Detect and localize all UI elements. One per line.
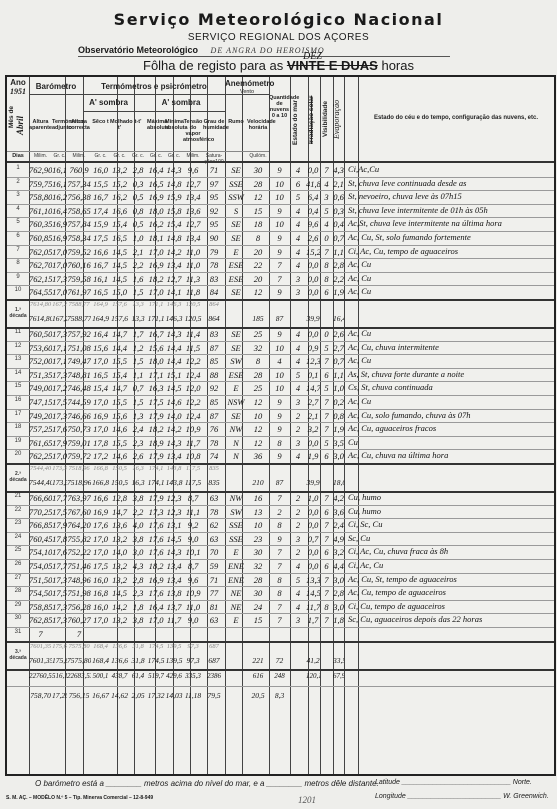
data-cell-tens: 11,8 xyxy=(183,287,203,297)
data-cell-tadj: 17,1 xyxy=(52,356,67,366)
data-cell-vel: 8 xyxy=(247,233,269,243)
data-cell-corr: 758,34 xyxy=(67,233,91,243)
data-cell-vel: 12 xyxy=(247,287,269,297)
data-cell-rumo: SE xyxy=(225,233,247,243)
row-rule xyxy=(7,532,554,533)
data-cell-tadj: 17,9 xyxy=(52,520,67,530)
data-cell-nuv: 10 xyxy=(269,370,290,380)
data-cell-tadj: 17,3 xyxy=(52,329,67,339)
barometer-altitude-note: O barómetro está a ________ metros acima… xyxy=(35,779,379,788)
decade-draft-molh: 150,5 xyxy=(110,465,129,472)
data-cell-molh: 14,5 xyxy=(110,260,129,270)
data-cell-min: 13,7 xyxy=(165,602,183,612)
data-cell-tens: 12,2 xyxy=(183,356,203,366)
data-cell-nuv: 9 xyxy=(269,534,290,544)
data-cell-hum: 83 xyxy=(203,274,225,284)
decade-sum-hum: 864 xyxy=(203,314,225,323)
data-cell-dif: 1,7 xyxy=(129,329,147,339)
data-cell-evap: 1,1 xyxy=(333,247,344,257)
data-cell-vel: 36 xyxy=(247,451,269,461)
data-cell-vel: 10 xyxy=(247,520,269,530)
data-cell-irr: 0,0 xyxy=(306,561,320,571)
data-cell-molh: 15,5 xyxy=(110,397,129,407)
form-model-note: S. M. AÇ. – MODÊLO N.º 5 – Tip. Minerva … xyxy=(6,795,153,801)
data-cell-seco: 17,5 xyxy=(91,561,110,571)
data-cell-corr: 759,72 xyxy=(67,451,91,461)
shade-heading-1: A' sombra xyxy=(83,98,134,107)
decade-sum-corr: 7575,80 xyxy=(67,656,91,665)
data-cell-alt: 761,10 xyxy=(29,206,52,216)
data-cell-tens: 10,1 xyxy=(183,547,203,557)
decade-sum-molh: 150,5 xyxy=(110,478,129,487)
data-cell-vis: 8 xyxy=(320,274,333,284)
data-cell-tadj: 17,3 xyxy=(52,274,67,284)
decade-sum-evap: 33,5 xyxy=(333,656,344,665)
data-cell-tadj: 17,8 xyxy=(52,534,67,544)
wind-heading: Vento xyxy=(225,89,269,95)
monthly-total-molh: 438,7 xyxy=(110,672,129,680)
data-cell-corr: 760,16 xyxy=(67,260,91,270)
decade-sum-min: 143,8 xyxy=(165,478,183,487)
day-number: 21 xyxy=(7,493,29,499)
data-cell-tadj: 17,0 xyxy=(52,260,67,270)
decade-draft-corr: 7575,80 xyxy=(67,643,91,650)
row-rule xyxy=(7,354,554,355)
row-rule xyxy=(7,422,554,423)
day-number: 2 xyxy=(7,179,29,185)
data-cell-corr: 756,38 xyxy=(67,192,91,202)
data-cell-hum: 97 xyxy=(203,179,225,189)
data-cell-hum: 81 xyxy=(203,602,225,612)
data-cell-min: 14,5 xyxy=(165,534,183,544)
data-cell-min: 15,8 xyxy=(165,206,183,216)
unit-label: Gr. c. xyxy=(129,153,147,159)
data-cell-vis: 7 xyxy=(320,493,333,503)
decade-sum-seco: 164,9 xyxy=(91,314,110,323)
data-cell-tadj: 17,3 xyxy=(52,411,67,421)
data-cell-min: 12,3 xyxy=(165,507,183,517)
day-number: 9 xyxy=(7,274,29,280)
decade-draft-hum: 687 xyxy=(203,643,225,650)
data-cell-hum: 70 xyxy=(203,547,225,557)
data-cell-dif: 1,3 xyxy=(129,411,147,421)
data-cell-evap: 0,7 xyxy=(333,356,344,366)
wet-bulb-header: Molhado t' xyxy=(110,119,129,131)
decade-sum-nuv: 87 xyxy=(269,314,290,323)
data-cell-nuv: 7 xyxy=(269,547,290,557)
data-cell-alt: 754,50 xyxy=(29,588,52,598)
data-cell-alt: 758,85 xyxy=(29,602,52,612)
data-cell-vis: 0 xyxy=(320,233,333,243)
data-cell-tadj: 17,1 xyxy=(52,343,67,353)
day-number: 23 xyxy=(7,520,29,526)
data-cell-irr: 0,0 xyxy=(306,260,320,270)
data-cell-seco: 16,1 xyxy=(91,274,110,284)
monthly-mean-nuv: 8,3 xyxy=(269,691,290,700)
data-cell-dif: 2,8 xyxy=(129,165,147,175)
data-cell-molh: 13,6 xyxy=(110,520,129,530)
data-cell-alt: 766,60 xyxy=(29,493,52,503)
decade-draft-tadj: 175,6 xyxy=(52,643,67,650)
decade-draft-alt: 7614,80 xyxy=(29,301,52,308)
data-cell-nuv: 10 xyxy=(269,179,290,189)
data-cell-tadj: 17,3 xyxy=(52,602,67,612)
data-cell-hum: 63 xyxy=(203,615,225,625)
decade-sum-vel: 210 xyxy=(247,478,269,487)
data-cell-evap: 2,8 xyxy=(333,588,344,598)
data-cell-nuv: 10 xyxy=(269,219,290,229)
unit-label: Milim. xyxy=(183,153,203,159)
data-cell-tens: 8,7 xyxy=(183,561,203,571)
monthly-total-evap: 67,9 xyxy=(333,672,344,680)
sky-remark: St, nevoeiro, chuva leve às 07h15 xyxy=(348,191,462,201)
day-number: 8 xyxy=(7,260,29,266)
data-cell-alt: 759,75 xyxy=(29,179,52,189)
data-cell-max: 18,1 xyxy=(147,233,165,243)
data-cell-nuv: 9 xyxy=(269,451,290,461)
anemometer-heading: Anemómetro xyxy=(225,79,269,88)
decade-sum-seco: 166,8 xyxy=(91,478,110,487)
row-rule xyxy=(7,285,554,286)
sky-remark: Ac, Cu xyxy=(348,286,371,296)
decade-sum-irr: 39,9 xyxy=(306,314,320,323)
decade-draft-seco: 168,4 xyxy=(91,643,110,650)
decade-draft-min: 146,3 xyxy=(165,301,183,308)
data-cell-tadj: 17,5 xyxy=(52,507,67,517)
data-cell-molh: 14,4 xyxy=(110,343,129,353)
data-cell-tadj: 16,1 xyxy=(52,179,67,189)
data-cell-seco: 17,0 xyxy=(91,534,110,544)
data-cell-rumo: SSE xyxy=(225,179,247,189)
data-cell-irr: 0,0 xyxy=(306,287,320,297)
data-cell-vis: 7 xyxy=(320,247,333,257)
data-cell-corr: 755,82 xyxy=(67,534,91,544)
observation-table: Ano1951Mês deAbrilDiasBarómetroTermómetr… xyxy=(5,75,556,776)
decade-sum-tens: 120,5 xyxy=(183,314,203,323)
sky-remark: Ci, Ac, Cu xyxy=(348,560,383,570)
data-cell-alt: 764,55 xyxy=(29,287,52,297)
decade-label: 1.ª década xyxy=(7,307,29,319)
row-rule xyxy=(7,545,554,546)
decade-rule xyxy=(7,669,554,671)
data-cell-seco: 16,9 xyxy=(91,507,110,517)
data-cell-rumo: NE xyxy=(225,588,247,598)
decade-sum-evap: 16,4 xyxy=(333,314,344,323)
data-cell-tadj: 17,7 xyxy=(52,493,67,503)
data-cell-min: 15,9 xyxy=(165,192,183,202)
day-number: 20 xyxy=(7,451,29,457)
data-cell-dif: 2,1 xyxy=(129,247,147,257)
data-cell-irr: 0,1 xyxy=(306,370,320,380)
data-cell-nuv: 9 xyxy=(269,329,290,339)
data-cell-min: 14,6 xyxy=(165,397,183,407)
data-cell-hum: 92 xyxy=(203,206,225,216)
data-cell-molh: 14,6 xyxy=(110,424,129,434)
day-number: 16 xyxy=(7,397,29,403)
monthly-total-alt: 22760,55 xyxy=(29,672,52,680)
data-cell-max: 15,6 xyxy=(147,343,165,353)
data-cell-rumo: N xyxy=(225,438,247,448)
monthly-mean-tens: 11,18 xyxy=(183,691,203,700)
decade-draft-corr: 7588,77 xyxy=(67,301,91,308)
monthly-total-dif: 61,4 xyxy=(129,672,147,680)
data-cell-vis: 4 xyxy=(320,219,333,229)
data-cell-corr: 759,58 xyxy=(67,274,91,284)
data-cell-tens: 11,0 xyxy=(183,247,203,257)
data-cell-hum: 76 xyxy=(203,424,225,434)
data-cell-molh: 14,2 xyxy=(110,602,129,612)
data-cell-mar: 4 xyxy=(290,561,306,571)
data-cell-vis: 7 xyxy=(320,165,333,175)
data-cell-mar: 3 xyxy=(290,534,306,544)
corrected-height-header: Altura correcta xyxy=(67,119,91,131)
data-cell-corr: 767,60 xyxy=(67,507,91,517)
day-number: 25 xyxy=(7,547,29,553)
data-cell-molh: 15,0 xyxy=(110,287,129,297)
data-cell-nuv: 8 xyxy=(269,588,290,598)
day-number: 26 xyxy=(7,561,29,567)
data-cell-hum: 95 xyxy=(203,219,225,229)
decade-draft-max: 174,1 xyxy=(147,465,165,472)
sky-remark: Ac, Cu xyxy=(348,355,371,365)
data-cell-vis: 6 xyxy=(320,547,333,557)
wind-direction-header: Rumo xyxy=(225,119,247,125)
data-cell-vel: 32 xyxy=(247,343,269,353)
data-cell-vel: 15 xyxy=(247,206,269,216)
data-cell-mar: 3 xyxy=(290,438,306,448)
data-cell-min: 11,7 xyxy=(165,615,183,625)
data-cell-molh: 16,6 xyxy=(110,206,129,216)
data-cell-rumo: N xyxy=(225,451,247,461)
data-cell-molh: 15,4 xyxy=(110,370,129,380)
year-label: Ano xyxy=(7,78,29,87)
data-cell-tens: 11,7 xyxy=(183,438,203,448)
data-cell-vel: 10 xyxy=(247,411,269,421)
data-cell-mar: 2 xyxy=(290,424,306,434)
unit-label: Satura-ção=100 xyxy=(203,153,225,165)
data-cell-irr: 0,4 xyxy=(306,206,320,216)
data-cell-mar: 2 xyxy=(290,547,306,557)
data-cell-tens: 11,5 xyxy=(183,343,203,353)
data-cell-molh: 14,6 xyxy=(110,451,129,461)
monthly-total-seco: 500,1 xyxy=(91,672,110,680)
data-cell-tadj: 16,9 xyxy=(52,219,67,229)
data-cell-hum: 79 xyxy=(203,247,225,257)
decade-sum-seco: 168,4 xyxy=(91,656,110,665)
data-cell-vis: 5 xyxy=(320,383,333,393)
data-cell-vis: 5 xyxy=(320,438,333,448)
data-cell-hum: 88 xyxy=(203,370,225,380)
data-cell-vel: 25 xyxy=(247,383,269,393)
day-number: 10 xyxy=(7,287,29,293)
data-cell-dif: 2,6 xyxy=(129,451,147,461)
data-cell-min: 13,4 xyxy=(165,575,183,585)
data-cell-max: 18,0 xyxy=(147,356,165,366)
thermometers-heading: Termómetros e psicrómetro xyxy=(83,82,225,91)
monthly-mean-min: 14,03 xyxy=(165,691,183,700)
wind-speed-header: Velocidade horária xyxy=(247,119,269,131)
data-cell-alt: 754,05 xyxy=(29,561,52,571)
data-cell-corr: 760,9 xyxy=(67,165,91,175)
decade-sum-max: 174,5 xyxy=(147,656,165,665)
data-cell-max: 16,9 xyxy=(147,575,165,585)
data-cell-rumo: SW xyxy=(225,356,247,366)
data-cell-irr: 0,7 xyxy=(306,534,320,544)
day-number: 27 xyxy=(7,575,29,581)
data-cell-alt: 761,65 xyxy=(29,438,52,448)
monthly-mean-max: 17,32 xyxy=(147,691,165,700)
data-cell-vis: 7 xyxy=(320,575,333,585)
decade-draft-dif: 13,3 xyxy=(129,301,147,308)
data-cell-rumo: SSE xyxy=(225,520,247,530)
data-cell-seco: 16,6 xyxy=(91,493,110,503)
data-cell-evap: 2,6 xyxy=(333,329,344,339)
row-rule xyxy=(7,559,554,560)
data-cell-vel: 12 xyxy=(247,397,269,407)
data-cell-nuv: 7 xyxy=(269,602,290,612)
data-cell-min: 14,0 xyxy=(165,411,183,421)
data-cell-dif: 1,5 xyxy=(129,397,147,407)
data-cell-vis: 6 xyxy=(320,561,333,571)
data-cell-hum: 83 xyxy=(203,329,225,339)
data-cell-molh: 13,2 xyxy=(110,615,129,625)
data-cell-seco: 17,0 xyxy=(91,615,110,625)
data-cell-vis: 7 xyxy=(320,411,333,421)
data-cell-hum: 84 xyxy=(203,287,225,297)
data-cell-nuv: 9 xyxy=(269,397,290,407)
data-cell-nuv: 9 xyxy=(269,247,290,257)
data-cell-rumo: ESE xyxy=(225,274,247,284)
row-rule xyxy=(7,600,554,601)
data-cell-dif: 4,0 xyxy=(129,520,147,530)
row-rule xyxy=(7,627,554,628)
data-cell-tadj: 17,5 xyxy=(52,588,67,598)
data-cell-mar: 6 xyxy=(290,179,306,189)
data-cell-mar: 4 xyxy=(290,383,306,393)
unit-label: Gr. c. xyxy=(91,153,110,159)
data-cell-rumo: SW xyxy=(225,507,247,517)
data-cell-irr: 0,0 xyxy=(306,547,320,557)
data-cell-corr: 757,84 xyxy=(67,219,91,229)
data-cell-irr: 2,1 xyxy=(306,411,320,421)
day-number: 24 xyxy=(7,534,29,540)
data-cell-mar: 4 xyxy=(290,588,306,598)
data-cell-mar: 2 xyxy=(290,493,306,503)
data-cell-tadj: 17,2 xyxy=(52,383,67,393)
data-cell-min: 14,8 xyxy=(165,179,183,189)
data-cell-corr: 751,98 xyxy=(67,588,91,598)
data-cell-seco: 17,6 xyxy=(91,520,110,530)
monthly-total-min: 429,6 xyxy=(165,672,183,680)
data-cell-nuv: 8 xyxy=(269,520,290,530)
data-cell-max: 17,6 xyxy=(147,534,165,544)
data-cell-rumo: SE xyxy=(225,287,247,297)
humidity-header: Grau de humidade xyxy=(203,119,225,131)
data-cell-alt: 752,00 xyxy=(29,356,52,366)
data-cell-max: 16,9 xyxy=(147,260,165,270)
decade-sum-hum: 835 xyxy=(203,478,225,487)
data-cell-alt: 770,25 xyxy=(29,507,52,517)
data-cell-seco: 16,4 xyxy=(91,329,110,339)
data-cell-max: 17,6 xyxy=(147,520,165,530)
data-cell-alt: 754,10 xyxy=(29,547,52,557)
row-rule xyxy=(7,231,554,232)
unit-label: Quilóm. xyxy=(247,153,269,159)
data-cell-irr: 14,7 xyxy=(306,383,320,393)
data-cell-tens: 10,9 xyxy=(183,424,203,434)
data-cell-seco: 17,8 xyxy=(91,438,110,448)
decade-sum-irr: 39,9 xyxy=(306,478,320,487)
totals-mid-rule xyxy=(7,686,554,687)
decade-sum-evap: 18,0 xyxy=(333,478,344,487)
data-cell-mar: 4 xyxy=(290,343,306,353)
data-cell-max: 16,9 xyxy=(147,192,165,202)
decade-sum-hum: 687 xyxy=(203,656,225,665)
data-cell-evap: 2,4 xyxy=(333,520,344,530)
data-cell-alt: 751,50 xyxy=(29,575,52,585)
data-cell-mar: 4 xyxy=(290,219,306,229)
data-cell-vel: 24 xyxy=(247,602,269,612)
absolute-maximum-header: Máxima absoluta xyxy=(147,119,165,131)
data-cell-tens: 10,9 xyxy=(183,588,203,598)
data-cell-corr: 764,20 xyxy=(67,520,91,530)
data-cell-alt: 762,90 xyxy=(29,165,52,175)
monthly-total-hum: 2386 xyxy=(203,672,225,680)
data-cell-molh: 14,5 xyxy=(110,247,129,257)
data-cell-irr: 6,4 xyxy=(306,192,320,202)
data-cell-dif: 2,2 xyxy=(129,260,147,270)
data-cell-alt: 766,85 xyxy=(29,520,52,530)
data-cell-hum: 62 xyxy=(203,520,225,530)
register-sheet: Serviço Meteorológico Nacional SERVIÇO R… xyxy=(0,0,557,809)
data-cell-tadj: 16,2 xyxy=(52,192,67,202)
data-cell-corr: 763,97 xyxy=(67,493,91,503)
data-cell-min: 14,3 xyxy=(165,329,183,339)
data-cell-molh: 12,8 xyxy=(110,493,129,503)
unit-label: Milim. xyxy=(29,153,52,159)
row-rule xyxy=(7,368,554,369)
day-number: 18 xyxy=(7,424,29,430)
data-cell-evap: 2,2 xyxy=(333,274,344,284)
data-cell-evap: 4,4 xyxy=(333,561,344,571)
decade-draft-seco: 166,8 xyxy=(91,465,110,472)
data-cell-nuv: 9 xyxy=(269,165,290,175)
decade-sum-nuv: 72 xyxy=(269,656,290,665)
data-cell-max: 17,9 xyxy=(147,451,165,461)
data-cell-dif: 0,3 xyxy=(129,179,147,189)
vapour-pressure-header: Tensão do vapor atmosférico xyxy=(183,119,203,143)
month-value: Abril xyxy=(17,105,23,145)
data-cell-nuv: 2 xyxy=(269,507,290,517)
data-cell-tadj: 17,6 xyxy=(52,424,67,434)
decade-draft-dif: 31,8 xyxy=(129,643,147,650)
sky-remark: Ci, Ac, Cu, chuva fraca às 8h xyxy=(348,546,448,556)
sheet-prefix: Fôlha de registo para as xyxy=(143,58,283,73)
shade-group-rule xyxy=(83,111,225,112)
data-cell-rumo: NW xyxy=(225,424,247,434)
data-cell-seco: 15,5 xyxy=(91,179,110,189)
monthly-total-tadj: 516,1 xyxy=(52,672,67,680)
cloud-quantity-header: Quantidade de nuvens 0 a 10 xyxy=(269,95,290,119)
decade-draft-max: 174,5 xyxy=(147,643,165,650)
data-cell-evap: 3,5 xyxy=(333,438,344,448)
data-cell-seco: 16,0 xyxy=(91,165,110,175)
row-rule xyxy=(7,449,554,450)
data-cell-nuv: 7 xyxy=(269,260,290,270)
decade-sum-tens: 117,5 xyxy=(183,478,203,487)
data-cell-evap: 0,3 xyxy=(333,206,344,216)
row-rule xyxy=(7,272,554,273)
